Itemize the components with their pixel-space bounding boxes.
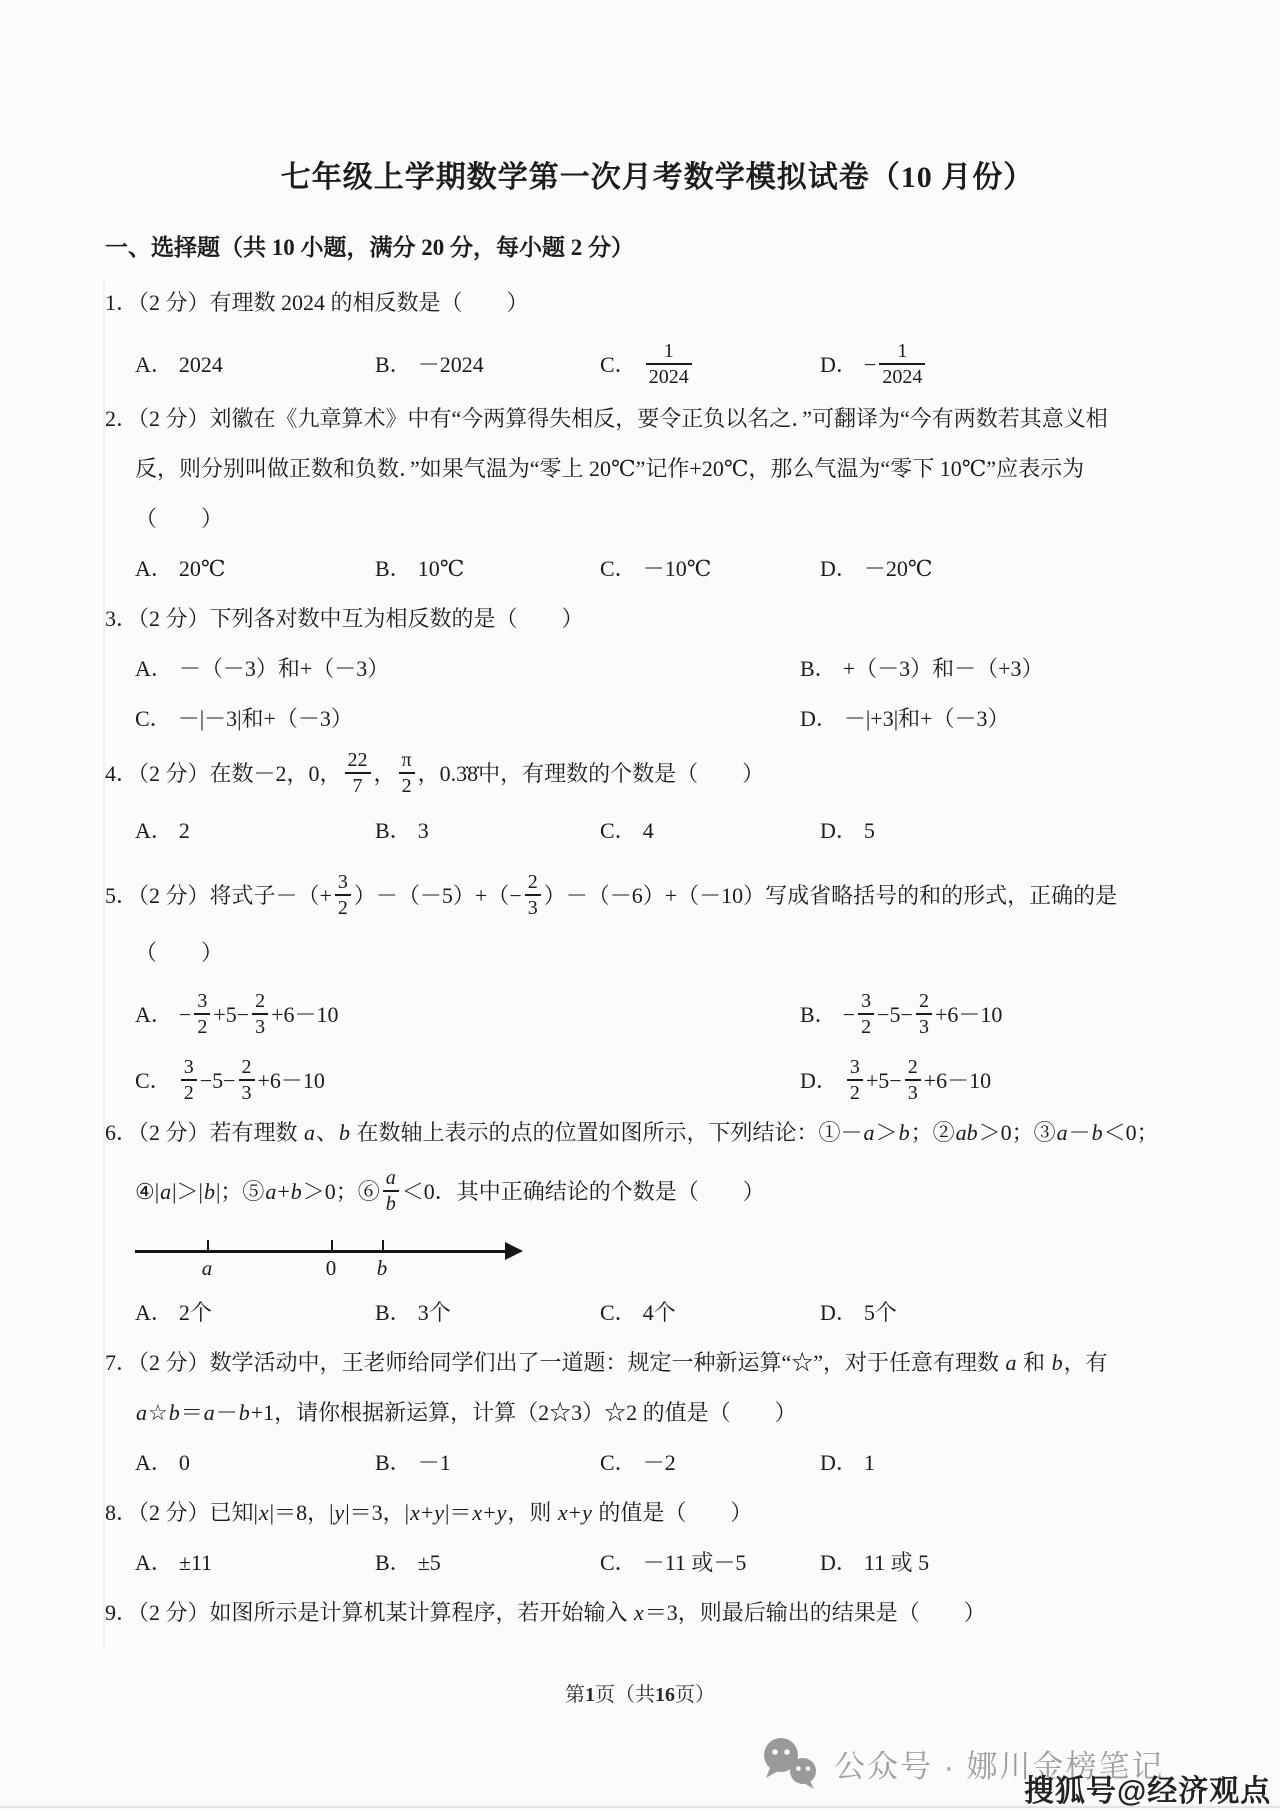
number-line-tick-label: b	[371, 1256, 393, 1280]
option-c: C．－|－3|和+（－3）	[135, 705, 800, 733]
text-run: 20℃	[179, 556, 226, 581]
option-label: A．	[135, 656, 173, 681]
math-variable: a	[303, 1120, 316, 1145]
text-run: －2	[643, 1450, 676, 1475]
options-row: A．20℃B．10℃C．－10℃D．－20℃	[135, 555, 1210, 583]
text-run: －|－3|和+（－3）	[178, 706, 353, 731]
question-text-line: 7．（2 分）数学活动中，王老师给同学们出了一道题：规定一种新运算“☆”，对于任…	[105, 1349, 1210, 1377]
option-label: D．	[820, 556, 858, 581]
option-label: A．	[135, 556, 173, 581]
text-run: －11 或－5	[643, 1550, 747, 1575]
fraction-numerator: 2	[252, 990, 268, 1013]
option-label: D．	[800, 706, 838, 731]
option-content: +（－3）和－（+3）	[843, 656, 1044, 681]
question-text-line: 6．（2 分）若有理数 a、b 在数轴上表示的点的位置如图所示，下列结论：①－a…	[105, 1119, 1210, 1147]
option-a: A．2	[135, 817, 375, 845]
option-label: A．	[135, 1300, 173, 1325]
text-run: （ ）	[135, 940, 223, 965]
option-d: D．11 或 5	[820, 1549, 929, 1577]
options-row: C．32−5−23+6－10D．32+5−23+6－10	[135, 1055, 1210, 1107]
fraction-numerator: 3	[335, 871, 351, 894]
question-text-line: 9．（2 分）如图所示是计算机某计算程序，若开始输入 x＝3，则最后输出的结果是…	[105, 1599, 1210, 1627]
text-run: 、	[316, 1120, 338, 1145]
text-run: 1．（2 分）有理数 2024 的相反数是（ ）	[105, 290, 529, 315]
math-variable: b	[238, 1400, 251, 1425]
fraction-denominator: 2	[335, 894, 351, 919]
text-run: 0	[179, 1450, 190, 1475]
option-b: B．−32−5−23+6－10	[800, 989, 1002, 1041]
option-b: B．10℃	[375, 555, 600, 583]
fraction: 32	[194, 990, 210, 1038]
question-3: 3．（2 分）下列各对数中互为相反数的是（ ）A．－（－3）和+（－3）B．+（…	[105, 605, 1210, 733]
text-run: ＞0；③	[979, 1120, 1056, 1145]
text-run: −5−	[200, 1068, 236, 1093]
text-run: +	[569, 1500, 581, 1525]
math-variable: b	[1051, 1350, 1064, 1375]
text-run: 4．（2 分）在数－2，0，	[105, 761, 342, 786]
text-run: ＞0；⑥	[303, 1179, 380, 1204]
option-content: －20℃	[864, 556, 933, 581]
option-content: 2个	[179, 1300, 212, 1325]
text-run: ±5	[418, 1550, 441, 1575]
math-variable: y	[496, 1500, 508, 1525]
option-label: A．	[135, 1550, 173, 1575]
question-text-line: 8．（2 分）已知|x|＝8，|y|＝3，|x+y|＝x+y，则 x+y 的值是…	[105, 1499, 1210, 1527]
text-run: 4个	[643, 1300, 676, 1325]
question-2: 2．（2 分）刘徽在《九章算术》中有“今两算得失相反，要令正负以名之．”可翻译为…	[105, 405, 1210, 583]
option-label: D．	[820, 818, 858, 843]
option-content: 4个	[643, 1300, 676, 1325]
option-label: A．	[135, 818, 173, 843]
option-content: 32+5−23+6－10	[844, 1068, 991, 1093]
text-run: |＝	[445, 1500, 471, 1525]
option-b: B．－2024	[375, 339, 600, 391]
questions-container: 1．（2 分）有理数 2024 的相反数是（ ）A．2024B．－2024C．1…	[105, 289, 1210, 1627]
text-run: +	[483, 1500, 495, 1525]
option-content: －2024	[418, 352, 484, 377]
text-run: 在数轴上表示的点的位置如图所示，下列结论：①－	[351, 1120, 863, 1145]
fraction-numerator: 3	[194, 990, 210, 1013]
text-run: +	[277, 1179, 289, 1204]
math-variable: b	[1091, 1120, 1104, 1145]
text-run: 10℃	[418, 556, 465, 581]
math-variable: b	[290, 1179, 303, 1204]
math-variable: y	[433, 1500, 445, 1525]
text-run: 3个	[418, 1300, 451, 1325]
fraction-denominator: 2	[847, 1079, 863, 1104]
text-run: 和	[1018, 1350, 1051, 1375]
text-run: ，有	[1064, 1350, 1108, 1375]
option-content: −32−5−23+6－10	[843, 1002, 1003, 1027]
option-label: B．	[375, 818, 412, 843]
question-6: 6．（2 分）若有理数 a、b 在数轴上表示的点的位置如图所示，下列结论：①－a…	[105, 1119, 1210, 1327]
option-d: D．−12024	[820, 339, 928, 391]
text-run: 2个	[179, 1300, 212, 1325]
text-run: －1	[418, 1450, 451, 1475]
text-run: ）－（－5）+（−	[354, 883, 522, 908]
option-label: C．	[600, 556, 637, 581]
options-row: A．±11B．±5C．－11 或－5D．11 或 5	[135, 1549, 1210, 1577]
fraction-numerator: π	[399, 749, 415, 772]
option-content: −12024	[864, 352, 928, 377]
text-run: ，	[374, 761, 396, 786]
text-run: 5	[864, 818, 875, 843]
footer-page-number: 1	[585, 1684, 595, 1706]
text-run: −	[843, 1002, 855, 1027]
number-line-tick-label: a	[196, 1256, 218, 1280]
option-a: A．−32+5−23+6－10	[135, 989, 800, 1041]
text-run: ，0.3̇8̇中，有理数的个数是（ ）	[418, 761, 765, 786]
option-label: B．	[375, 556, 412, 581]
text-run: 8．（2 分）已知|	[105, 1500, 258, 1525]
fraction-denominator: 2024	[879, 363, 925, 388]
option-label: C．	[600, 818, 637, 843]
text-run: 2024	[179, 352, 223, 377]
option-label: D．	[800, 1068, 838, 1093]
option-label: C．	[600, 1450, 637, 1475]
option-d: D．－20℃	[820, 555, 933, 583]
math-variable: b	[168, 1400, 181, 1425]
wechat-bubbles-icon	[758, 1736, 820, 1790]
options-row: A．0B．－1C．－2D．1	[135, 1449, 1210, 1477]
text-run: －20℃	[864, 556, 933, 581]
text-run: －2024	[418, 352, 484, 377]
fraction: 32	[335, 871, 351, 919]
text-run: −	[864, 352, 876, 377]
option-content: 2024	[179, 352, 223, 377]
text-run: ＝3，则最后输出的结果是（ ）	[645, 1600, 986, 1625]
fraction-denominator: 3	[905, 1079, 921, 1104]
options-row: A．2B．3C．4D．5	[135, 817, 1210, 845]
text-run: 5个	[864, 1300, 897, 1325]
option-content: －11 或－5	[643, 1550, 747, 1575]
text-run: 的值是（ ）	[593, 1500, 753, 1525]
text-run: ）－（－6）+（－10）写成省略括号的和的形式，正确的是	[544, 883, 1117, 908]
option-content: ±5	[418, 1550, 441, 1575]
fraction: ab	[383, 1167, 399, 1215]
text-run: －10℃	[643, 556, 712, 581]
option-label: C．	[600, 1300, 637, 1325]
text-run: 3	[418, 818, 429, 843]
text-run: ；②	[911, 1120, 955, 1145]
option-content: 0	[179, 1450, 190, 1475]
text-run: |；⑤	[216, 1179, 264, 1204]
option-c: C．4个	[600, 1299, 820, 1327]
page-title: 七年级上学期数学第一次月考数学模拟试卷（10 月份）	[105, 158, 1210, 198]
option-content: 3个	[418, 1300, 451, 1325]
text-run: 9．（2 分）如图所示是计算机某计算程序，若开始输入	[105, 1600, 633, 1625]
text-run: －|+3|和+（－3）	[844, 706, 1010, 731]
fraction-numerator: 3	[181, 1056, 197, 1079]
fraction-numerator: 3	[858, 990, 874, 1013]
options-row: A．2024B．－2024C．12024D．−12024	[135, 339, 1210, 391]
math-variable: a	[264, 1179, 277, 1204]
text-run: +5−	[866, 1068, 902, 1093]
option-label: D．	[820, 1550, 858, 1575]
text-run: －（－3）和+（－3）	[179, 656, 389, 681]
text-run: ④|	[135, 1179, 159, 1204]
text-run: －	[216, 1400, 238, 1425]
question-1: 1．（2 分）有理数 2024 的相反数是（ ）A．2024B．－2024C．1…	[105, 289, 1210, 391]
math-variable: a	[863, 1120, 876, 1145]
number-line-tick	[207, 1240, 209, 1251]
text-run: ＜0．其中正确结论的个数是（ ）	[402, 1179, 765, 1204]
fraction-denominator: 2	[399, 772, 415, 797]
option-content: 2	[179, 818, 190, 843]
fraction: 23	[239, 1056, 255, 1104]
number-line-tick	[382, 1240, 384, 1251]
options-row: A．2个B．3个C．4个D．5个	[135, 1299, 1210, 1327]
option-d: D．1	[820, 1449, 875, 1477]
fraction-denominator: 3	[252, 1013, 268, 1038]
option-c: C．－11 或－5	[600, 1549, 820, 1577]
question-7: 7．（2 分）数学活动中，王老师给同学们出了一道题：规定一种新运算“☆”，对于任…	[105, 1349, 1210, 1477]
option-a: A．2024	[135, 339, 375, 391]
question-4: 4．（2 分）在数－2，0，227，π2，0.3̇8̇中，有理数的个数是（ ）A…	[105, 745, 1210, 845]
option-label: D．	[820, 1300, 858, 1325]
question-text-line: ④|a|＞|b|；⑤a+b＞0；⑥ab＜0．其中正确结论的个数是（ ）	[105, 1163, 1210, 1221]
question-text-line: （ ）	[105, 505, 1210, 533]
text-run: 5．（2 分）将式子－（+	[105, 883, 332, 908]
option-label: B．	[800, 1002, 837, 1027]
fraction-denominator: 7	[345, 772, 371, 797]
fraction-denominator: 2	[194, 1013, 210, 1038]
question-text-line: a☆b＝a－b+1，请你根据新运算，计算（2☆3）☆2 的值是（ ）	[105, 1399, 1210, 1427]
option-label: B．	[375, 1300, 412, 1325]
option-a: A．2个	[135, 1299, 375, 1327]
option-a: A．±11	[135, 1549, 375, 1577]
text-run: −	[179, 1002, 191, 1027]
option-content: －|－3|和+（－3）	[178, 706, 353, 731]
option-content: −32+5−23+6－10	[179, 1002, 339, 1027]
text-run: 4	[643, 818, 654, 843]
option-b: B．3个	[375, 1299, 600, 1327]
option-c: C．12024	[600, 339, 820, 391]
text-run: －	[1069, 1120, 1091, 1145]
text-run: 1	[864, 1450, 875, 1475]
question-text-line: 3．（2 分）下列各对数中互为相反数的是（ ）	[105, 605, 1210, 633]
fraction-numerator: 3	[847, 1056, 863, 1079]
math-variable: a	[135, 1400, 148, 1425]
fraction: 227	[345, 749, 371, 797]
text-run: −5−	[877, 1002, 913, 1027]
text-run: 反，则分别叫做正数和负数．”如果气温为“零上 20℃”记作+20℃，那么气温为“…	[135, 456, 1084, 481]
page-footer: 第1页（共16页）	[0, 1678, 1280, 1707]
text-run: |＝3，|	[345, 1500, 409, 1525]
question-text-line: 4．（2 分）在数－2，0，227，π2，0.3̇8̇中，有理数的个数是（ ）	[105, 745, 1210, 803]
text-run: ＜0；	[1104, 1120, 1159, 1145]
option-d: D．－|+3|和+（－3）	[800, 705, 1010, 733]
fraction-denominator: 2024	[646, 363, 692, 388]
option-c: C．4	[600, 817, 820, 845]
option-label: B．	[375, 1450, 412, 1475]
option-c: C．－10℃	[600, 555, 820, 583]
fraction: π2	[399, 749, 415, 797]
fraction-denominator: 2	[858, 1013, 874, 1038]
page-bottom-edge	[0, 1806, 1280, 1808]
option-label: A．	[135, 352, 173, 377]
number-line-figure: a0b	[135, 1235, 565, 1287]
text-run: +6－10	[935, 1002, 1002, 1027]
fraction-denominator: 2	[181, 1079, 197, 1104]
options-row: A．−32+5−23+6－10B．−32−5−23+6－10	[135, 989, 1210, 1041]
fraction-numerator: 22	[345, 749, 371, 772]
option-label: C．	[135, 706, 172, 731]
option-a: A．－（－3）和+（－3）	[135, 655, 800, 683]
text-run: |＝8，|	[270, 1500, 334, 1525]
math-variable: b	[898, 1120, 911, 1145]
option-d: D．32+5−23+6－10	[800, 1055, 991, 1107]
math-variable: x	[409, 1500, 421, 1525]
footer-text: 第	[565, 1684, 585, 1706]
fraction-numerator: 2	[239, 1056, 255, 1079]
math-variable: a	[159, 1179, 172, 1204]
fraction: 23	[252, 990, 268, 1038]
math-variable: x	[633, 1600, 645, 1625]
math-variable: x	[471, 1500, 483, 1525]
number-line-tick	[331, 1240, 333, 1251]
question-9: 9．（2 分）如图所示是计算机某计算程序，若开始输入 x＝3，则最后输出的结果是…	[105, 1599, 1210, 1627]
footer-total-pages: 16	[655, 1684, 675, 1706]
math-variable: a	[203, 1400, 216, 1425]
footer-text: 页（共	[595, 1684, 655, 1706]
option-b: B．+（－3）和－（+3）	[800, 655, 1044, 683]
sohu-watermark-label: 搜狐号@经济观点	[1024, 1766, 1271, 1810]
math-variable: a	[1005, 1350, 1018, 1375]
option-label: A．	[135, 1450, 173, 1475]
fraction: 32	[858, 990, 874, 1038]
fraction-numerator: 2	[905, 1056, 921, 1079]
option-content: ±11	[179, 1550, 212, 1575]
text-run: +6－10	[258, 1068, 325, 1093]
question-text-line: 反，则分别叫做正数和负数．”如果气温为“零上 20℃”记作+20℃，那么气温为“…	[105, 455, 1210, 483]
option-content: －（－3）和+（－3）	[179, 656, 389, 681]
text-run: +6－10	[271, 1002, 338, 1027]
math-variable: ab	[955, 1120, 979, 1145]
option-label: C．	[600, 1550, 637, 1575]
text-run: 2	[179, 818, 190, 843]
option-label: A．	[135, 1002, 173, 1027]
option-content: 10℃	[418, 556, 465, 581]
option-content: 3	[418, 818, 429, 843]
option-content: 11 或 5	[864, 1550, 929, 1575]
fraction: 23	[525, 871, 541, 919]
text-run: 7．（2 分）数学活动中，王老师给同学们出了一道题：规定一种新运算“☆”，对于任…	[105, 1350, 1005, 1375]
text-run: ±11	[179, 1550, 212, 1575]
option-a: A．20℃	[135, 555, 375, 583]
math-variable: y	[581, 1500, 593, 1525]
text-run: ＞	[876, 1120, 898, 1145]
question-8: 8．（2 分）已知|x|＝8，|y|＝3，|x+y|＝x+y，则 x+y 的值是…	[105, 1499, 1210, 1577]
math-variable: b	[338, 1120, 351, 1145]
options-row: A．－（－3）和+（－3）B．+（－3）和－（+3）	[135, 655, 1210, 683]
option-c: C．－2	[600, 1449, 820, 1477]
fraction: 12024	[646, 340, 692, 388]
option-content: －|+3|和+（－3）	[844, 706, 1010, 731]
fraction-denominator: 3	[239, 1079, 255, 1104]
option-content: 20℃	[179, 556, 226, 581]
option-content: －1	[418, 1450, 451, 1475]
option-content: 5个	[864, 1300, 897, 1325]
text-run: +6－10	[924, 1068, 991, 1093]
question-5: 5．（2 分）将式子－（+32）－（－5）+（−23）－（－6）+（－10）写成…	[105, 867, 1210, 1107]
fraction-denominator: 3	[916, 1013, 932, 1038]
section-heading: 一、选择题（共 10 小题，满分 20 分，每小题 2 分）	[105, 234, 1210, 262]
option-content: 32−5−23+6－10	[178, 1068, 325, 1093]
exam-document: 七年级上学期数学第一次月考数学模拟试卷（10 月份） 一、选择题（共 10 小题…	[0, 0, 1280, 1627]
fraction: 32	[847, 1056, 863, 1104]
option-d: D．5个	[820, 1299, 897, 1327]
option-d: D．5	[820, 817, 875, 845]
footer-text: 页）	[675, 1684, 715, 1706]
text-run: 6．（2 分）若有理数	[105, 1120, 303, 1145]
math-variable: x	[557, 1500, 569, 1525]
fraction-numerator: 2	[525, 871, 541, 894]
option-label: C．	[135, 1068, 172, 1093]
fraction-numerator: 2	[916, 990, 932, 1013]
fraction-numerator: 1	[879, 340, 925, 363]
option-label: B．	[800, 656, 837, 681]
option-b: B．3	[375, 817, 600, 845]
text-run: +（－3）和－（+3）	[843, 656, 1044, 681]
text-run: 3．（2 分）下列各对数中互为相反数的是（ ）	[105, 606, 584, 631]
math-variable: y	[333, 1500, 345, 1525]
option-label: B．	[375, 1550, 412, 1575]
text-run: 2．（2 分）刘徽在《九章算术》中有“今两算得失相反，要令正负以名之．”可翻译为…	[105, 406, 1108, 431]
text-run: 11 或 5	[864, 1550, 929, 1575]
option-b: B．－1	[375, 1449, 600, 1477]
fraction: 23	[905, 1056, 921, 1104]
option-label: C．	[600, 352, 637, 377]
math-variable: b	[203, 1179, 216, 1204]
math-variable: x	[258, 1500, 270, 1525]
option-label: B．	[375, 352, 412, 377]
option-content: 4	[643, 818, 654, 843]
fraction: 23	[916, 990, 932, 1038]
fraction-numerator: 1	[646, 340, 692, 363]
option-content: －10℃	[643, 556, 712, 581]
question-text-line: 5．（2 分）将式子－（+32）－（－5）+（−23）－（－6）+（－10）写成…	[105, 867, 1210, 925]
text-run: ＝	[181, 1400, 203, 1425]
option-content: 1	[864, 1450, 875, 1475]
text-run: ☆	[148, 1400, 168, 1425]
text-run: （ ）	[135, 506, 223, 531]
options-row: C．－|－3|和+（－3）D．－|+3|和+（－3）	[135, 705, 1210, 733]
option-content: 5	[864, 818, 875, 843]
option-b: B．±5	[375, 1549, 600, 1577]
option-content: －2	[643, 1450, 676, 1475]
question-text-line: （ ）	[105, 939, 1210, 967]
option-label: D．	[820, 1450, 858, 1475]
text-run: |＞|	[172, 1179, 203, 1204]
fraction: 12024	[879, 340, 925, 388]
fraction: 32	[181, 1056, 197, 1104]
text-run: +	[421, 1500, 433, 1525]
option-content: 12024	[643, 352, 695, 377]
fraction-denominator: b	[383, 1190, 399, 1215]
fraction-numerator: a	[383, 1167, 399, 1190]
option-a: A．0	[135, 1449, 375, 1477]
question-text-line: 1．（2 分）有理数 2024 的相反数是（ ）	[105, 289, 1210, 317]
scan-crease-line	[103, 280, 105, 1650]
number-line-tick-label: 0	[320, 1256, 342, 1280]
number-line-axis	[135, 1250, 507, 1253]
option-c: C．32−5−23+6－10	[135, 1055, 800, 1107]
text-run: +5−	[213, 1002, 249, 1027]
text-run: ，则	[507, 1500, 557, 1525]
text-run: +1，请你根据新运算，计算（2☆3）☆2 的值是（ ）	[251, 1400, 797, 1425]
fraction-denominator: 3	[525, 894, 541, 919]
